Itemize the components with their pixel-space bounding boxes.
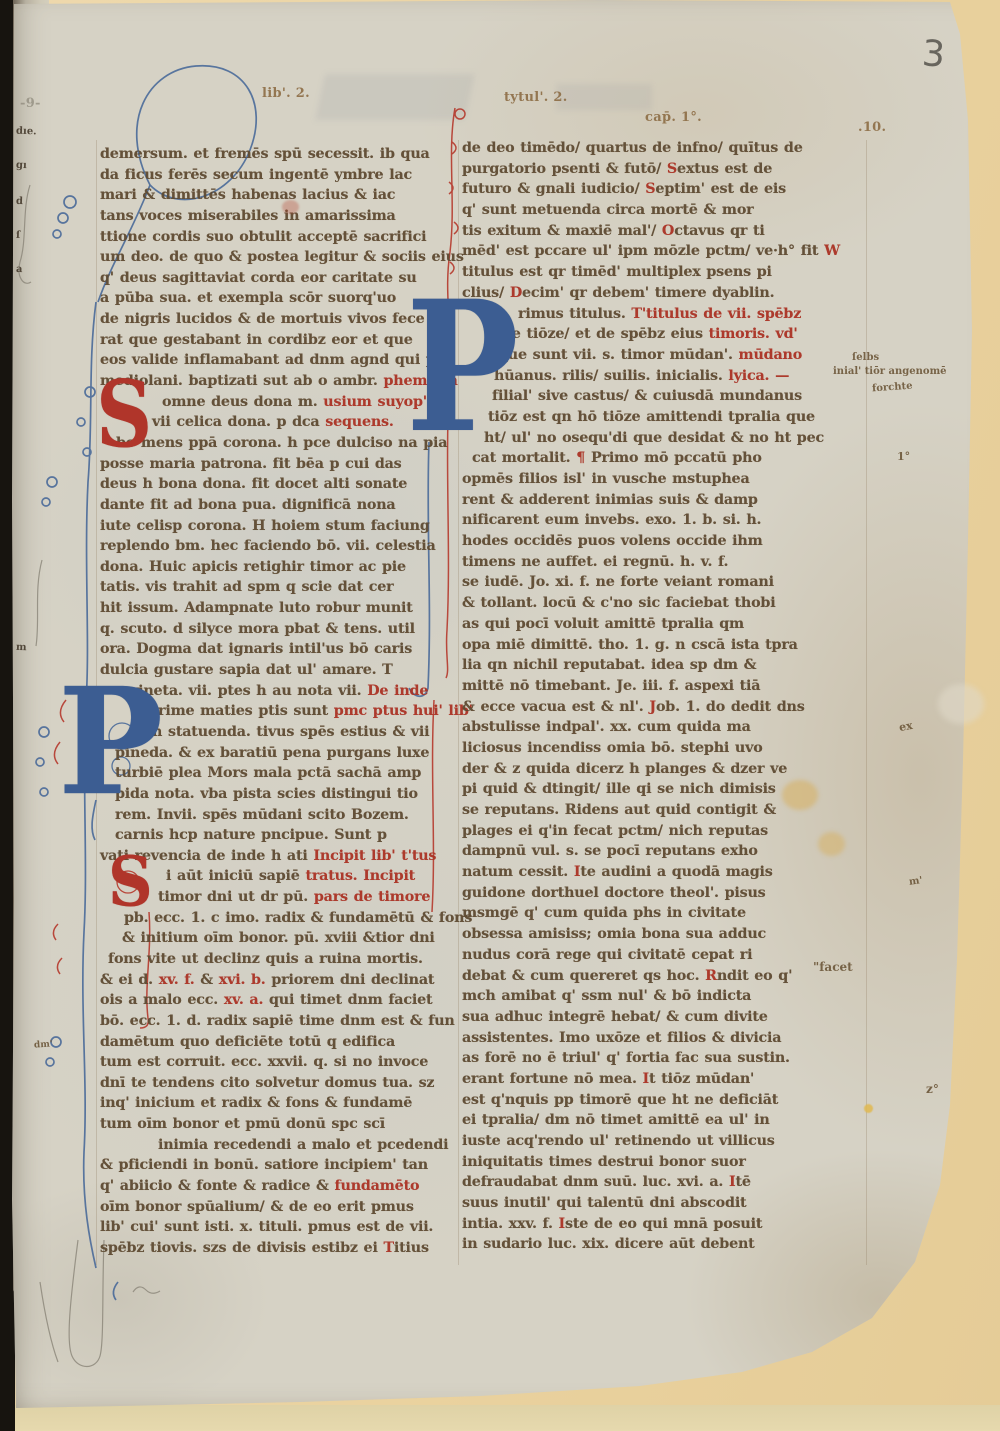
ink-offset-ghost — [556, 84, 652, 110]
text-line: opmēs filios isl' in vusche mstuphea — [462, 471, 866, 492]
text-segment: extus est de — [677, 161, 772, 177]
text-segment: msmgē q' cum quida phs in civitate — [462, 905, 746, 921]
text-segment: as forē no ē triul' q' fortia fac sua su… — [462, 1050, 790, 1066]
text-segment: obsessa amisiss; omia bona sua adduc — [462, 926, 766, 942]
text-line: omne deus dona m. usium suyop' — [100, 394, 458, 415]
text-segment: Primo mō pccatū pho — [591, 450, 762, 466]
text-segment: itius — [394, 1240, 429, 1256]
text-segment: & ecce vacua est & nl'. — [462, 699, 649, 715]
text-line: rent & adderent inimias suis & damp — [462, 492, 866, 513]
text-line: ois a malo ecc. xv. a. qui timet dnm fac… — [100, 992, 458, 1013]
backing-mat-bottom — [0, 1405, 1000, 1431]
running-header-item: -9- — [20, 96, 41, 111]
text-line: titulus est qr timēd' multiplex psens pi — [462, 264, 866, 285]
text-segment: ecim' qr debem' timere dyablin. — [522, 285, 774, 301]
text-segment: te audini a quodā magis — [580, 864, 772, 880]
text-line: suus inutil' qui talentū dni abscodit — [462, 1195, 866, 1216]
text-segment: in sudario luc. xix. dicere aūt debent — [462, 1236, 755, 1252]
text-line: dona. Huic apicis retighir timor ac pie — [100, 559, 458, 580]
text-line: & pficiendi in bonū. satiore incipiem' t… — [100, 1157, 458, 1178]
text-segment: assistentes. Imo uxōze et filios & divic… — [462, 1030, 781, 1046]
text-line: iute celisp corona. H hoiem stum faciung — [100, 518, 458, 539]
text-segment: eptim' est de eis — [655, 181, 786, 197]
text-segment: pb. ecc. 1. c imo. radix & fundamētū & f… — [124, 910, 472, 926]
text-line: que sunt vii. s. timor mūdan'. mūdano — [462, 347, 866, 368]
text-segment: mari & dimittēs habenas lacius & iac — [100, 187, 395, 203]
text-line: bo mens ppā corona. h pce dulciso na pia — [100, 435, 458, 456]
text-line: i aūt iniciū sapiē tratus. Incipit — [100, 868, 458, 889]
text-line: & ei d. xv. f. & xvi. b. priorem dni dec… — [100, 972, 458, 993]
text-segment: q' abiicio & fonte & radice & — [100, 1178, 335, 1194]
text-segment: mch amibat q' ssm nul' & bō indicta — [462, 988, 751, 1004]
text-segment: demersum. et fremēs spū secessit. ib qua — [100, 146, 430, 162]
text-segment: guidone dorthuel doctore theol'. pisus — [462, 885, 765, 901]
text-line: as qui pocī voluit amittē tpralia qm — [462, 616, 866, 637]
text-segment: hodes occidēs puos volens occide ihm — [462, 533, 763, 549]
text-segment: hit issum. Adampnate luto robur munit — [100, 600, 413, 616]
text-line: hūanus. rilis/ suilis. inicialis. lyica.… — [462, 368, 866, 389]
text-segment: de deo timēdo/ quartus de infno/ quītus … — [462, 140, 803, 156]
text-line: liciosus incendiss omia bō. stephi uvo — [462, 740, 866, 761]
text-segment: lib' cui' sunt isti. x. tituli. pmus est… — [100, 1219, 433, 1235]
text-line: q' sunt metuenda circa mortē & mor — [462, 202, 866, 223]
margin-note: m' — [908, 875, 923, 888]
running-header-item: cap̄. 1°. — [645, 110, 702, 125]
text-segment: q. scuto. d silyce mora pbat & tens. uti… — [100, 621, 415, 637]
text-segment: pmc ptus hui' lib' — [334, 703, 473, 719]
text-segment: inimia recedendi a malo et pcedendi — [158, 1137, 448, 1153]
text-segment: ¶ — [576, 450, 591, 466]
text-line: de deo timēdo/ quartus de infno/ quītus … — [462, 140, 866, 161]
text-segment: tans voces miserabiles in amarissima — [100, 208, 396, 224]
text-segment: ob. 1. do dedit dns — [656, 699, 805, 715]
text-segment: h statuenda. tivus spēs estius & vii — [152, 724, 429, 740]
gutter-text-fragment: dıe. — [16, 126, 37, 138]
text-line: assistentes. Imo uxōze et filios & divic… — [462, 1030, 866, 1051]
text-segment: dante fit ad bona pua. dignificā nona — [100, 497, 395, 513]
text-segment: dampnū vul. s. se pocī reputans exho — [462, 843, 758, 859]
text-line: tatis. vis trahit ad spm q scie dat cer — [100, 579, 458, 600]
ink-offset-ghost — [315, 74, 475, 120]
text-segment: replendo bm. hec faciendo bō. vii. celes… — [100, 538, 436, 554]
text-segment: de nigris lucidos & de mortuis vivos fec… — [100, 311, 424, 327]
text-segment: q' sunt metuenda circa mortē & mor — [462, 202, 754, 218]
text-line: natum cessit. Ite audini a quodā magis — [462, 864, 866, 885]
text-segment: que sunt vii. s. timor mūdan'. — [498, 347, 739, 363]
text-segment: omne deus dona m. — [162, 394, 323, 410]
text-segment: S — [645, 181, 655, 197]
text-segment: ttione cordis suo obtulit acceptē sacrif… — [100, 229, 426, 245]
text-line: plages ei q'in fecat pctm/ nich reputas — [462, 823, 866, 844]
text-segment: natum cessit. — [462, 864, 574, 880]
text-line: nudus corā rege qui civitatē cepat ri — [462, 947, 866, 968]
text-segment: carnis hcp nature pncipue. Sunt p — [115, 827, 387, 843]
gutter-text-fragment: a — [16, 264, 23, 275]
margin-note: 1° — [897, 450, 910, 463]
text-line: dnī te tendens cito solvetur domus tua. … — [100, 1075, 458, 1096]
running-header-item: tytul'. 2. — [504, 90, 568, 105]
text-segment: plages ei q'in fecat pctm/ nich reputas — [462, 823, 768, 839]
text-line: & initium oīm bonor. pū. xviii &tior dni — [100, 930, 458, 951]
text-line: fons vite ut declinz quis a ruina mortis… — [100, 951, 458, 972]
illuminated-initial-s-red: S — [108, 856, 153, 909]
text-line: hodes occidēs puos volens occide ihm — [462, 533, 866, 554]
text-line: intia. xxv. f. Iste de eo qui mnā posuit — [462, 1216, 866, 1237]
margin-note: "facet — [813, 960, 853, 974]
text-segment: spēbz tiovis. szs de divisis estibz ei — [100, 1240, 383, 1256]
text-segment: lyica. — — [728, 368, 789, 384]
gutter-text-fragment: ſ — [16, 230, 21, 241]
text-segment: futuro & gnali iudicio/ — [462, 181, 645, 197]
text-line: hit issum. Adampnate luto robur munit — [100, 600, 458, 621]
text-line: inimia recedendi a malo et pcedendi — [100, 1137, 458, 1158]
text-line: tis exitum & maxiē mal'/ Octavus qr ti — [462, 223, 866, 244]
margin-note: inial' tiōr angenomē — [833, 366, 947, 377]
text-line: filial' sive castus/ & cuiusdā mundanus — [462, 388, 866, 409]
text-segment: nudus corā rege qui civitatē cepat ri — [462, 947, 752, 963]
text-line: dampnū vul. s. se pocī reputans exho — [462, 843, 866, 864]
text-segment: tis exitum & maxiē mal'/ — [462, 223, 662, 239]
text-segment: xv. f. — [159, 972, 195, 988]
text-segment: De inde — [367, 683, 428, 699]
text-segment: & — [195, 972, 219, 988]
text-segment: opa miē dimittē. tho. 1. g. n cscā ista … — [462, 637, 798, 653]
text-segment: purgatorio psenti & futō/ — [462, 161, 667, 177]
text-line: tans voces miserabiles in amarissima — [100, 208, 458, 229]
text-line: mediolani. baptizati sut ab o ambr. phem… — [100, 373, 458, 394]
text-segment: ctavus qr ti — [674, 223, 764, 239]
text-segment: t tiōz mūdan' — [649, 1071, 754, 1087]
text-segment: sequens. — [325, 414, 393, 430]
text-segment: rat que gestabant in cordibz eor et que — [100, 332, 413, 348]
running-header-item: .10. — [858, 120, 886, 135]
text-line: um deo. de quo & postea legitur & sociis… — [100, 249, 458, 270]
text-segment: abstulisse indpal'. xx. cum quida ma — [462, 719, 751, 735]
text-line: timens ne auffet. ei regnū. h. v. f. — [462, 554, 866, 575]
text-segment: S — [667, 161, 677, 177]
text-segment: mūdano — [739, 347, 803, 363]
text-segment: tratus. Incipit — [305, 868, 415, 884]
margin-note: ſelbs — [852, 352, 879, 363]
text-line: lia qn nichil reputabat. idea sp dm & — [462, 657, 866, 678]
text-segment: priorem dni declinat — [266, 972, 435, 988]
text-segment: & tollant. locū & c'no sic faciebat thob… — [462, 595, 775, 611]
text-line: pb. ecc. 1. c imo. radix & fundamētū & f… — [100, 910, 458, 931]
text-line: est q'nquis pp timorē que ht ne deficiāt — [462, 1092, 866, 1113]
text-segment: liciosus incendiss omia bō. stephi uvo — [462, 740, 763, 756]
text-line: tum est corruit. ecc. xxvii. q. si no in… — [100, 1054, 458, 1075]
text-segment: bo mens ppā corona. h pce dulciso na pia — [116, 435, 447, 451]
text-line: iniquitatis times destrui bonor suor — [462, 1154, 866, 1175]
text-line: spēbz tiovis. szs de divisis estibz ei T… — [100, 1240, 458, 1261]
text-line: a pūba sua. et exempla scōr suorq'uo — [100, 290, 458, 311]
text-line: iuste acq'rendo ul' retinendo ut villicu… — [462, 1133, 866, 1154]
text-line: mari & dimittēs habenas lacius & iac — [100, 187, 458, 208]
text-segment: T — [383, 1240, 393, 1256]
margin-note: z° — [926, 1082, 939, 1096]
text-line: nificarent eum invebs. exo. 1. b. si. h. — [462, 512, 866, 533]
text-segment: se iudē. Jo. xi. f. ne forte veiant roma… — [462, 574, 774, 590]
text-line: de tiōze/ et de spēbz eius timoris. vd' — [462, 326, 866, 347]
text-line: timor dni ut dr pū. pars de timore — [100, 889, 458, 910]
text-segment: W — [824, 243, 840, 259]
text-line: & tollant. locū & c'no sic faciebat thob… — [462, 595, 866, 616]
text-segment: qui timet dnm faciet — [263, 992, 432, 1008]
text-segment: est q'nquis pp timorē que ht ne deficiāt — [462, 1092, 778, 1108]
text-segment: xvi. b. — [219, 972, 266, 988]
text-segment: a pūba sua. et exempla scōr suorq'uo — [100, 290, 396, 306]
text-line: mēd' est pccare ul' ipm mōzle pctm/ ve·h… — [462, 243, 866, 264]
text-segment: pars de timore — [314, 889, 430, 905]
text-line: posse maria patrona. fit bēa p cui das — [100, 456, 458, 477]
text-segment: sua adhuc integrē hebat/ & cum divite — [462, 1009, 768, 1025]
manuscript-photo: -9-lib'. 2.tytul'. 2.cap̄. 1°..10. 3 dem… — [0, 0, 1000, 1431]
text-segment: mēd' est pccare ul' ipm mōzle pctm/ ve·h… — [462, 243, 824, 259]
text-segment: timoris. vd' — [709, 326, 798, 342]
margin-note: dm' — [34, 1039, 53, 1050]
text-segment: as qui pocī voluit amittē tpralia qm — [462, 616, 744, 632]
text-segment: se reputans. Ridens aut quid contigit & — [462, 802, 776, 818]
text-line: se reputans. Ridens aut quid contigit & — [462, 802, 866, 823]
text-segment: tum oīm bonor et pmū donū spc scī — [100, 1116, 385, 1132]
text-line: replendo bm. hec faciendo bō. vii. celes… — [100, 538, 458, 559]
text-line: as forē no ē triul' q' fortia fac sua su… — [462, 1050, 866, 1071]
text-segment: O — [662, 223, 674, 239]
text-line: erant fortune nō mea. It tiōz mūdan' — [462, 1071, 866, 1092]
text-line: purgatorio psenti & futō/ Sextus est de — [462, 161, 866, 182]
text-line: rat que gestabant in cordibz eor et que — [100, 332, 458, 353]
text-segment: intia. xxv. f. — [462, 1216, 559, 1232]
text-segment: ei tpralia/ dm nō timet amittē ea ul' in — [462, 1112, 770, 1128]
gutter-text-fragment: d — [16, 196, 23, 207]
text-line: & ecce vacua est & nl'. Job. 1. do dedit… — [462, 699, 866, 720]
text-line: tum oīm bonor et pmū donū spc scī — [100, 1116, 458, 1137]
text-segment: inq' inicium et radix & fons & fundamē — [100, 1095, 412, 1111]
text-line: se iudē. Jo. xi. f. ne forte veiant roma… — [462, 574, 866, 595]
text-segment: filial' sive castus/ & cuiusdā mundanus — [492, 388, 802, 404]
text-line: ttione cordis suo obtulit acceptē sacrif… — [100, 229, 458, 250]
text-segment: tum est corruit. ecc. xxvii. q. si no in… — [100, 1054, 428, 1070]
text-line: msmgē q' cum quida phs in civitate — [462, 905, 866, 926]
text-line: pi quid & dtingit/ ille qi se nich dimis… — [462, 781, 866, 802]
text-line: rimus titulus. T'titulus de vii. spēbz — [462, 306, 866, 327]
running-header-item: lib'. 2. — [262, 86, 310, 101]
text-line: damētum quo deficiēte totū q edifica — [100, 1034, 458, 1055]
text-segment: Incipit lib' t'tus — [313, 848, 436, 864]
text-segment: tatis. vis trahit ad spm q scie dat cer — [100, 579, 393, 595]
ruling-line — [866, 140, 867, 1265]
text-line: inq' inicium et radix & fons & fundamē — [100, 1095, 458, 1116]
text-line: debat & cum quereret qs hoc. Rndit eo q' — [462, 968, 866, 989]
text-line: dante fit ad bona pua. dignificā nona — [100, 497, 458, 518]
text-line: vati revencia de inde h ati Incipit lib'… — [100, 848, 458, 869]
text-line: q. scuto. d silyce mora pbat & tens. uti… — [100, 621, 458, 642]
text-segment: J — [649, 699, 656, 715]
text-line: q' abiicio & fonte & radice & fundamēto — [100, 1178, 458, 1199]
text-segment: vii celica dona. p dca — [152, 414, 325, 430]
text-segment: bō. ecc. 1. d. radix sapiē time dnm est … — [100, 1013, 455, 1029]
text-segment: i aūt iniciū sapiē — [166, 868, 305, 884]
text-segment: rimus titulus. — [518, 306, 631, 322]
text-line: oīm bonor spūalium/ & de eo erit pmus — [100, 1199, 458, 1220]
text-segment: iniquitatis times destrui bonor suor — [462, 1154, 746, 1170]
text-line: deus h bona dona. fit docet alti sonate — [100, 476, 458, 497]
text-line: der & z quida dicerz h planges & dzer ve — [462, 761, 866, 782]
text-segment: iute celisp corona. H hoiem stum faciung — [100, 518, 430, 534]
text-line: bō. ecc. 1. d. radix sapiē time dnm est … — [100, 1013, 458, 1034]
text-line: lib' cui' sunt isti. x. tituli. pmus est… — [100, 1219, 458, 1240]
text-line: carnis hcp nature pncipue. Sunt p — [100, 827, 458, 848]
text-segment: rent & adderent inimias suis & damp — [462, 492, 758, 508]
text-line: clius/ Decim' qr debem' timere dyablin. — [462, 285, 866, 306]
gutter-text-fragment: gı — [16, 160, 27, 171]
text-segment: lia qn nichil reputabat. idea sp dm & — [462, 657, 756, 673]
text-segment: dnī te tendens cito solvetur domus tua. … — [100, 1075, 434, 1091]
text-segment: & pficiendi in bonū. satiore incipiem' t… — [100, 1157, 428, 1173]
text-segment: q' deus sagittaviat corda eor caritate s… — [100, 270, 417, 286]
text-segment: xv. a. — [224, 992, 263, 1008]
text-segment: suus inutil' qui talentū dni abscodit — [462, 1195, 746, 1211]
text-line: ei tpralia/ dm nō timet amittē ea ul' in — [462, 1112, 866, 1133]
text-segment: da ficus ferēs secum ingentē ymbre lac — [100, 167, 412, 183]
text-segment: der & z quida dicerz h planges & dzer ve — [462, 761, 787, 777]
text-segment: pi quid & dtingit/ ille qi se nich dimis… — [462, 781, 776, 797]
text-segment: debat & cum quereret qs hoc. — [462, 968, 705, 984]
text-segment: mittē nō timebant. Je. iii. f. aspexi ti… — [462, 678, 760, 694]
text-segment: ste de eo qui mnā posuit — [565, 1216, 762, 1232]
text-line: guidone dorthuel doctore theol'. pisus — [462, 885, 866, 906]
text-segment: fons vite ut declinz quis a ruina mortis… — [108, 951, 423, 967]
text-line: abstulisse indpal'. xx. cum quida ma — [462, 719, 866, 740]
text-line: q' deus sagittaviat corda eor caritate s… — [100, 270, 458, 291]
text-line: cat mortalit. ¶ Primo mō pccatū pho — [462, 450, 866, 471]
text-segment: damētum quo deficiēte totū q edifica — [100, 1034, 395, 1050]
folio-number: 3 — [921, 33, 947, 75]
text-line: opa miē dimittē. tho. 1. g. n cscā ista … — [462, 637, 866, 658]
illuminated-initial-p-blue: P — [406, 298, 519, 438]
text-segment: ht/ ul' no osequ'di que desidat & no ht … — [484, 430, 824, 446]
text-segment: tē — [735, 1174, 750, 1190]
text-segment: vineta. vii. ptes h au nota vii. — [130, 683, 367, 699]
text-segment: iuste acq'rendo ul' retinendo ut villicu… — [462, 1133, 775, 1149]
text-segment: timor dni ut dr pū. — [158, 889, 314, 905]
text-segment: erant fortune nō mea. — [462, 1071, 643, 1087]
text-segment: deus h bona dona. fit docet alti sonate — [100, 476, 407, 492]
illuminated-initial-p-blue: P — [58, 686, 163, 801]
text-line: obsessa amisiss; omia bona sua adduc — [462, 926, 866, 947]
text-segment: hūanus. rilis/ suilis. inicialis. — [494, 368, 728, 384]
text-segment: & ei d. — [100, 972, 159, 988]
text-segment: timens ne auffet. ei regnū. h. v. f. — [462, 554, 728, 570]
text-line: de nigris lucidos & de mortuis vivos fec… — [100, 311, 458, 332]
text-segment: fundamēto — [335, 1178, 420, 1194]
text-line: in sudario luc. xix. dicere aūt debent — [462, 1236, 866, 1257]
text-line: tiōz est qn hō tiōze amittendi tpralia q… — [462, 409, 866, 430]
text-segment: de tiōze/ et de spēbz eius — [502, 326, 709, 342]
text-segment: ois a malo ecc. — [100, 992, 224, 1008]
text-segment: ora. Dogma dat ignaris intil'us bō caris — [100, 641, 412, 657]
text-line: vii celica dona. p dca sequens. — [100, 414, 458, 435]
text-segment: & initium oīm bonor. pū. xviii &tior dni — [122, 930, 435, 946]
text-segment: rime maties ptis sunt — [158, 703, 334, 719]
text-segment: dona. Huic apicis retighir timor ac pie — [100, 559, 406, 575]
column-right: de deo timēdo/ quartus de infno/ quītus … — [462, 140, 866, 1257]
illuminated-initial-s-red: S — [96, 380, 152, 452]
text-line: eos valide inflamabant ad dnm agnd qui p… — [100, 352, 458, 373]
text-segment: R — [705, 968, 717, 984]
text-line: demersum. et fremēs spū secessit. ib qua — [100, 146, 458, 167]
text-line: da ficus ferēs secum ingentē ymbre lac — [100, 167, 458, 188]
text-line: sua adhuc integrē hebat/ & cum divite — [462, 1009, 866, 1030]
text-segment: tiōz est qn hō tiōze amittendi tpralia q… — [488, 409, 815, 425]
text-line: mch amibat q' ssm nul' & bō indicta — [462, 988, 866, 1009]
text-segment: nificarent eum invebs. exo. 1. b. si. h. — [462, 512, 761, 528]
text-segment: opmēs filios isl' in vusche mstuphea — [462, 471, 750, 487]
text-segment: T'titulus de vii. spēbz — [631, 306, 801, 322]
margin-note: ex — [898, 719, 914, 734]
text-line: defraudabat dnm suū. luc. xvi. a. Itē — [462, 1174, 866, 1195]
text-line: mittē nō timebant. Je. iii. f. aspexi ti… — [462, 678, 866, 699]
text-segment: oīm bonor spūalium/ & de eo erit pmus — [100, 1199, 414, 1215]
gutter-text-fragment: m — [16, 642, 27, 653]
text-segment: defraudabat dnm suū. luc. xvi. a. — [462, 1174, 729, 1190]
text-segment: ndit eo q' — [717, 968, 792, 984]
text-line: ht/ ul' no osequ'di que desidat & no ht … — [462, 430, 866, 451]
text-line: futuro & gnali iudicio/ Septim' est de e… — [462, 181, 866, 202]
